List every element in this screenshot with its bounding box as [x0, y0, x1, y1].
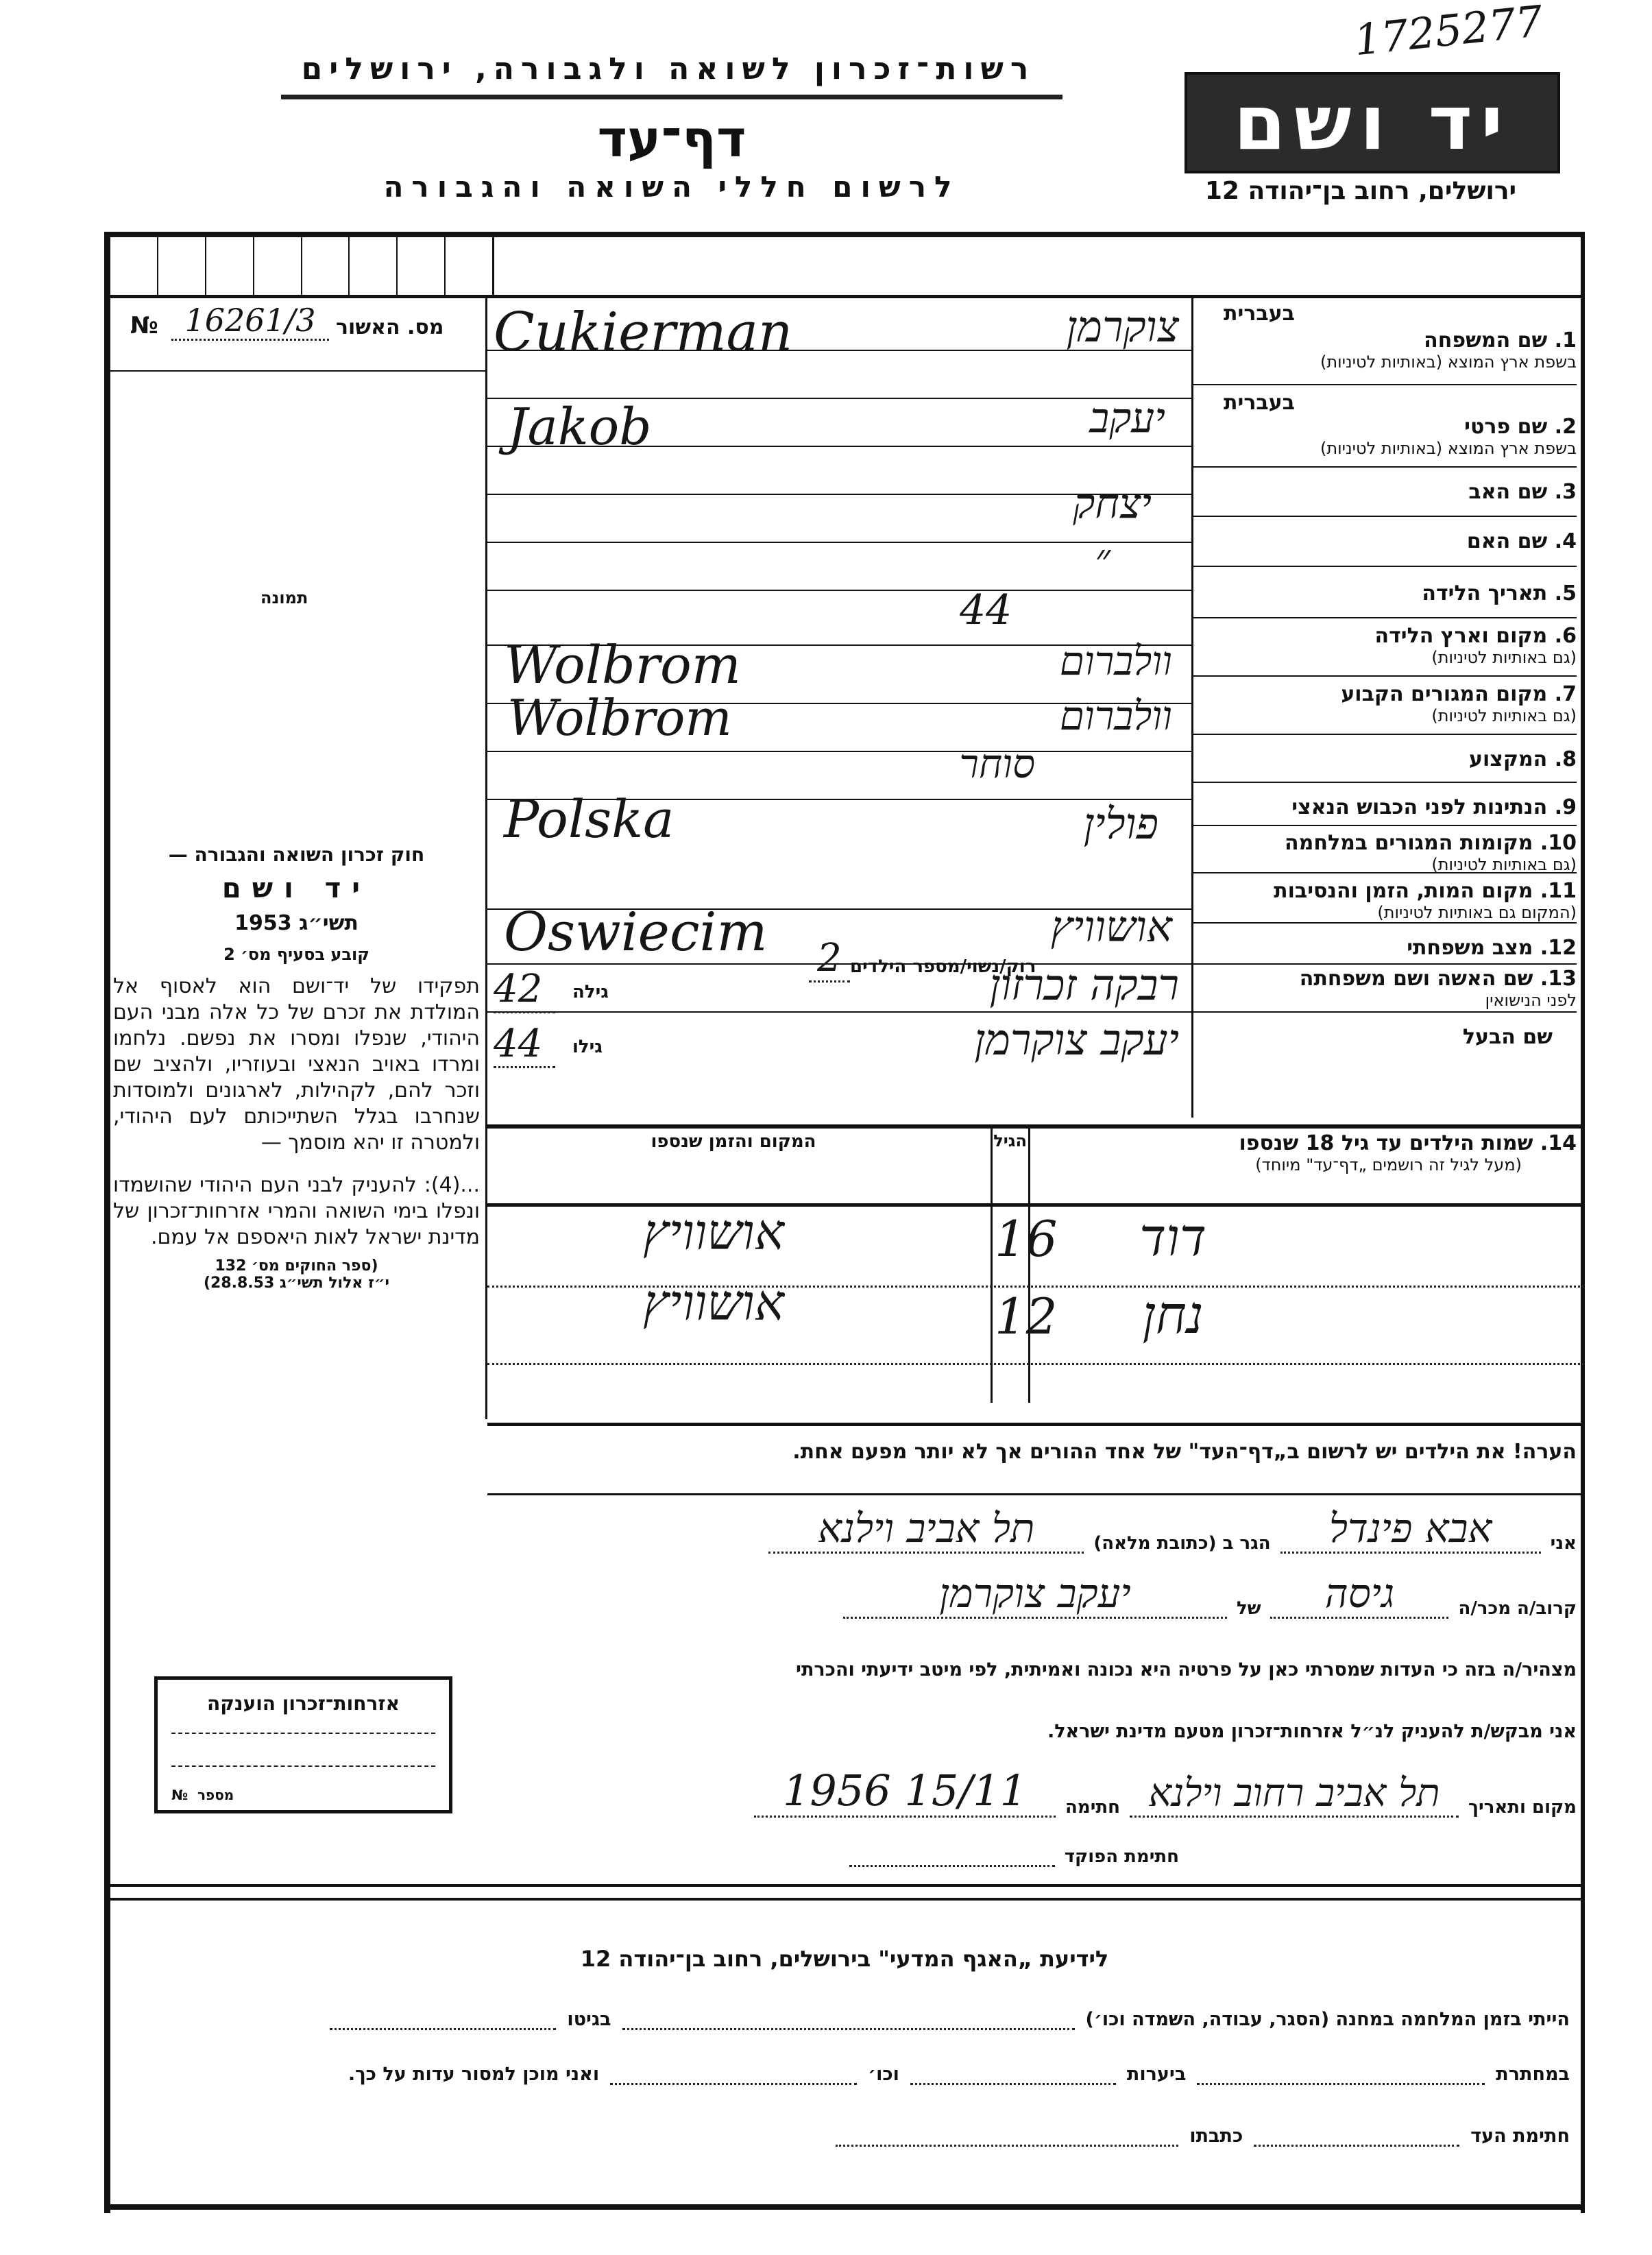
divider — [1193, 675, 1577, 677]
declaration-i-label: אני — [1551, 1533, 1577, 1554]
field-label: שם האב — [1468, 480, 1547, 504]
birth-date-field[interactable]: 44 — [960, 586, 1012, 634]
law-name: יד ושם — [113, 873, 480, 904]
field-7: 7. מקום המגורים הקבוע (גם באותיות לטיניו… — [1196, 682, 1577, 725]
field-sublabel: (גם באותיות לטיניות) — [1196, 855, 1577, 874]
field-10: 10. מקומות המגורים במלחמה (גם באותיות לט… — [1196, 831, 1577, 874]
bottom-line-2: במחתרת ביערות וכו׳ ואני מוכן למסור עדות … — [117, 2064, 1570, 2085]
children-age-header: הגיל — [994, 1131, 1027, 1150]
field-label: מקום המות, הזמן והנסיבות — [1274, 879, 1533, 903]
code-box[interactable] — [254, 237, 302, 295]
divider — [104, 1884, 1585, 1887]
field-label: שם פרטי — [1464, 415, 1547, 439]
divider — [1193, 1011, 1577, 1013]
logo-address: ירושלים, רחוב בן־יהודה 12 — [1165, 177, 1556, 205]
field-number: 5. — [1555, 581, 1577, 605]
divider — [487, 1011, 1191, 1013]
victim-name-field[interactable]: יעקב צוקרמן — [843, 1570, 1227, 1619]
law-citation: (ספר החוקים מס׳ 132 — [113, 1257, 480, 1275]
field-number: 14. — [1540, 1131, 1577, 1155]
law-body: ...(4): להעניק לבני העם היהודי שהושמדו ו… — [113, 1172, 480, 1251]
bottom-line-3: חתימת העד כתבתו — [117, 2125, 1570, 2147]
official-signature-field[interactable] — [849, 1844, 1055, 1867]
surname-hebrew-field[interactable]: צוקרמן — [953, 302, 1179, 352]
husband-age-field[interactable]: 44 — [494, 1022, 555, 1068]
field-label: שם האשה ושם משפחתה — [1300, 967, 1533, 991]
field-number: 3. — [1555, 480, 1577, 504]
husband-age-label: גילו — [572, 1037, 603, 1057]
divider — [487, 1423, 1584, 1426]
field-2: בעברית 2. שם פרטי בשפת ארץ המוצא (באותיו… — [1196, 391, 1577, 458]
code-box[interactable] — [158, 237, 206, 295]
field-number: 2. — [1555, 415, 1577, 439]
citizenship-line[interactable] — [171, 1733, 435, 1734]
official-signature-label: חתימת הפוקד — [1065, 1846, 1179, 1867]
form-subtitle: לרשום חללי השואה והגבורה — [260, 170, 1083, 204]
date-field[interactable]: 15/11 1956 — [754, 1765, 1056, 1818]
ghetto-label: בגיטו — [567, 2009, 611, 2030]
photo-label: תמונה — [260, 588, 308, 607]
divider — [1191, 295, 1193, 1118]
declaration-statement: מצהיר/ה בזה כי העדות שמסרתי כאן על פרטיה… — [494, 1659, 1577, 1680]
forests-label: ביערות — [1127, 2064, 1186, 2085]
field-number: 7. — [1555, 682, 1577, 706]
mother-name-field[interactable]: ״ — [987, 535, 1110, 583]
divider — [1193, 734, 1577, 735]
field-number: 6. — [1555, 624, 1577, 648]
citizenship-title: אזרחות־זכרון הוענקה — [158, 1692, 449, 1715]
divider — [1193, 516, 1577, 517]
law-citation: י״ז אלול תשי״ג 28.8.53) — [113, 1275, 480, 1292]
field-husband: שם הבעל — [1196, 1025, 1553, 1049]
husband-name-field[interactable]: יעקב צוקרמן — [713, 1015, 1179, 1065]
field-5: 5. תאריך הלידה — [1196, 581, 1577, 605]
field-3: 3. שם האב — [1196, 480, 1577, 504]
relation-field[interactable]: גיסה — [1270, 1570, 1448, 1619]
child-name: דוד — [1036, 1207, 1310, 1268]
field-label: מקום המגורים הקבוע — [1341, 682, 1547, 706]
declaration-line-2: קרוב/ה מכר/ה גיסה של יעקב צוקרמן — [494, 1570, 1577, 1619]
underground-label: במחתרת — [1496, 2064, 1570, 2085]
camp-label: הייתי בזמן המלחמה במחנה (הסגר, עבודה, הש… — [1086, 2009, 1570, 2030]
divider — [1193, 617, 1577, 618]
code-box[interactable] — [350, 237, 398, 295]
logo-text: יד ושם — [1233, 79, 1511, 167]
firstname-hebrew-field[interactable]: יעקב — [994, 394, 1165, 442]
witness-address-label: כתבתו — [1189, 2125, 1243, 2147]
place-date-label: מקום ותאריך — [1468, 1797, 1577, 1818]
archive-number: 1725277 — [1352, 0, 1545, 65]
approval-label: מס. האשור — [336, 315, 444, 339]
bottom-title: לידיעת „האגף המדעי" בירושלים, רחוב בן־יה… — [104, 1946, 1585, 1972]
divider — [104, 2204, 1585, 2210]
field-sublabel: בשפת ארץ המוצא (באותיות לטיניות) — [1196, 439, 1577, 458]
divider — [104, 1898, 1585, 1901]
death-place-hebrew-field[interactable]: אושוויץ — [946, 902, 1172, 952]
code-box[interactable] — [110, 237, 158, 295]
field-1: בעברית 1. שם המשפחה בשפת ארץ המוצא (באות… — [1196, 302, 1577, 372]
declarant-address-field[interactable]: תל אביב וילנא — [768, 1505, 1084, 1554]
camp-field[interactable] — [622, 2009, 1075, 2030]
birthplace-hebrew-field[interactable]: וולברום — [987, 638, 1172, 684]
child-place: אושוויץ — [611, 1274, 816, 1332]
law-year: תשי״ג 1953 — [113, 911, 480, 935]
firstname-latin-field[interactable]: Jakob — [507, 398, 652, 457]
divider — [1193, 825, 1577, 826]
divider — [487, 1493, 1584, 1495]
field-number: 4. — [1555, 529, 1577, 553]
code-box[interactable] — [398, 237, 446, 295]
hebrew-tag: בעברית — [1196, 302, 1577, 326]
law-box: חוק זכרון השואה והגבורה — יד ושם תשי״ג 1… — [113, 843, 480, 1292]
field-6: 6. מקום וארץ הלידה (גם באותיות לטיניות) — [1196, 624, 1577, 667]
children-name-header: שמות הילדים עד גיל 18 שנספו — [1239, 1131, 1533, 1155]
divider — [487, 590, 1191, 591]
children-name-subheader: (מעל לגיל זה רושמים „דף־עד" מיוחד) — [1032, 1155, 1522, 1174]
child-place: אושוויץ — [611, 1203, 816, 1262]
field-12: 12. מצב משפחתי — [1196, 936, 1577, 960]
law-title: חוק זכרון השואה והגבורה — — [113, 843, 480, 866]
law-section: קובע בסעיף מס׳ 2 — [113, 945, 480, 964]
field-9: 9. הנתינות לפני הכבוש הנאצי — [1196, 795, 1577, 819]
field-11: 11. מקום המות, הזמן והנסיבות (המקום גם ב… — [1196, 879, 1577, 922]
field-label: שם האם — [1467, 529, 1547, 553]
divider — [487, 751, 1191, 752]
field-number: 11. — [1540, 879, 1577, 903]
field-number: 13. — [1540, 967, 1577, 991]
forests-field[interactable] — [910, 2064, 1116, 2085]
number-sign: № — [171, 1787, 188, 1803]
divider — [104, 295, 1585, 298]
divider — [1193, 963, 1577, 965]
field-label: שם הבעל — [1463, 1025, 1553, 1049]
bottom-line-1: הייתי בזמן המלחמה במחנה (הסגר, עבודה, הש… — [117, 2009, 1570, 2030]
hebrew-tag: בעברית — [1196, 391, 1577, 415]
divider — [1193, 466, 1577, 468]
birthplace-latin-field[interactable]: Wolbrom — [504, 634, 741, 695]
field-8: 8. המקצוע — [1196, 747, 1577, 771]
wife-age-field[interactable]: 42 — [494, 967, 555, 1013]
citizenship-request: אני מבקש/ת להעניק לנ״ל אזרחות־זכרון מטעם… — [494, 1721, 1577, 1742]
code-boxes — [110, 237, 494, 295]
children-row[interactable]: נחן 12 אושוויץ — [487, 1288, 1584, 1365]
field-number: 8. — [1555, 747, 1577, 771]
field-sublabel: בשפת ארץ המוצא (באותיות לטיניות) — [1196, 352, 1577, 372]
field-label: המקצוע — [1469, 747, 1547, 771]
child-name: נחן — [1036, 1284, 1310, 1346]
residence-latin-field[interactable]: Wolbrom — [507, 689, 732, 747]
profession-field[interactable]: סוחר — [884, 740, 1035, 787]
field-sublabel: (גם באותיות לטיניות) — [1196, 648, 1577, 667]
divider — [1193, 566, 1577, 567]
place-field[interactable]: תל אביב רחוב וילנא — [1130, 1771, 1459, 1818]
divider — [487, 1124, 1584, 1129]
declaration-line-sign: מקום ותאריך תל אביב רחוב וילנא חתימה 15/… — [494, 1765, 1577, 1818]
child-age: 12 — [995, 1288, 1032, 1345]
etc-label: וכו׳ — [868, 2064, 899, 2085]
children-header: 14. שמות הילדים עד גיל 18 שנספו (מעל לגי… — [1032, 1131, 1577, 1174]
witness-signature-field[interactable] — [1254, 2125, 1459, 2147]
father-name-field[interactable]: יצחק — [987, 480, 1152, 528]
witness-address-field[interactable] — [836, 2125, 1178, 2147]
signature-label: חתימה — [1065, 1797, 1120, 1818]
underground-field[interactable] — [1197, 2064, 1485, 2085]
field-label: תאריך הלידה — [1422, 581, 1547, 605]
etc-field[interactable] — [610, 2064, 857, 2085]
divider — [1193, 384, 1577, 385]
law-body: תפקידו של יד־ושם הוא לאסוף אל המולדת את … — [113, 974, 480, 1156]
child-age: 16 — [995, 1210, 1032, 1268]
field-sublabel: לפני הנישואין — [1196, 991, 1577, 1010]
yad-vashem-logo: יד ושם — [1185, 72, 1560, 173]
field-label: מצב משפחתי — [1407, 936, 1533, 960]
children-place-header: המקום והזמן שנספו — [494, 1131, 973, 1152]
divider — [1193, 782, 1577, 783]
wife-age-label: גילה — [572, 982, 609, 1002]
field-sublabel: (המקום גם באותיות לטיניות) — [1196, 903, 1577, 922]
testimony-label: ואני מוכן למסור עדות על כך. — [348, 2064, 599, 2085]
approval-number-field[interactable]: 16261/3 — [171, 302, 329, 341]
citizenship-line[interactable] — [171, 1765, 435, 1767]
field-label: הנתינות לפני הכבוש הנאצי — [1291, 795, 1547, 819]
divider — [1193, 872, 1577, 873]
field-13: 13. שם האשה ושם משפחתה לפני הנישואין — [1196, 967, 1577, 1010]
citizenship-box: אזרחות־זכרון הוענקה № מספר — [154, 1676, 452, 1813]
divider — [110, 370, 485, 372]
field-sublabel: (גם באותיות לטיניות) — [1196, 706, 1577, 725]
nationality-latin-field[interactable]: Polska — [504, 788, 674, 849]
official-signature-line: חתימת הפוקד — [494, 1844, 1179, 1867]
header-rule — [281, 95, 1062, 99]
code-box[interactable] — [302, 237, 350, 295]
children-note: הערה! את הילדים יש לרשום ב„דף־העד" של אח… — [494, 1440, 1577, 1464]
field-4: 4. שם האם — [1196, 529, 1577, 553]
divider — [1193, 922, 1577, 924]
number-sign: № — [130, 312, 158, 339]
ghetto-field[interactable] — [330, 2009, 556, 2030]
declarant-name-field[interactable]: אבא פינדל — [1280, 1505, 1541, 1554]
citizenship-number-label: מספר — [197, 1787, 234, 1803]
of-label: של — [1237, 1598, 1261, 1619]
death-place-latin-field[interactable]: Oswiecim — [504, 902, 767, 963]
field-label: מקומות המגורים במלחמה — [1285, 831, 1533, 855]
code-box[interactable] — [446, 237, 494, 295]
field-label: שם המשפחה — [1424, 328, 1547, 352]
nationality-hebrew-field[interactable]: פולין — [980, 799, 1158, 849]
field-label: מקום וארץ הלידה — [1375, 624, 1548, 648]
field-number: 12. — [1540, 936, 1577, 960]
form-title: דף־עד — [480, 110, 864, 169]
organization-title: רשות־זכרון לשואה ולגבורה, ירושלים — [254, 51, 1083, 86]
residence-hebrew-field[interactable]: וולברום — [987, 692, 1172, 739]
declaration-line-1: אני אבא פינדל הגר ב (כתובת מלאה) תל אביב… — [494, 1505, 1577, 1554]
field-number: 9. — [1555, 795, 1577, 819]
witness-signature-label: חתימת העד — [1470, 2125, 1570, 2147]
field-number: 1. — [1555, 328, 1577, 352]
relation-label: קרוב/ה מכר/ה — [1458, 1598, 1577, 1619]
surname-latin-field[interactable]: Cukierman — [494, 302, 792, 363]
wife-name-field[interactable]: רבקה זכרזון — [713, 960, 1179, 1011]
field-number: 10. — [1540, 831, 1577, 855]
address-label: הגר ב (כתובת מלאה) — [1093, 1533, 1270, 1554]
code-box[interactable] — [206, 237, 254, 295]
